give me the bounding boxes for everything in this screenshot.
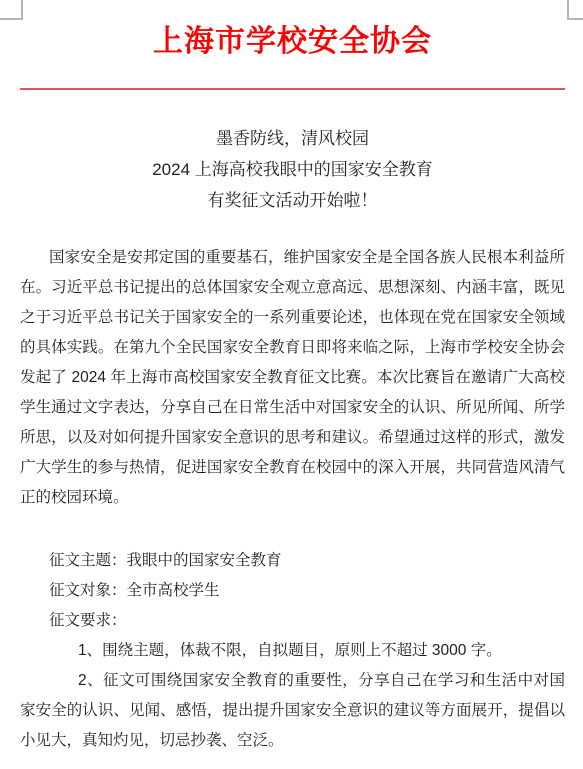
document-page: 上海市学校安全协会 墨香防线，清风校园 2024 上海高校我眼中的国家安全教育 … [0,0,583,769]
page-title: 上海市学校安全协会 [20,0,565,59]
essay-requirements-label: 征文要求： [20,606,565,636]
document-content: 上海市学校安全协会 墨香防线，清风校园 2024 上海高校我眼中的国家安全教育 … [0,0,583,756]
subtitle-line-1: 墨香防线，清风校园 [20,123,565,154]
intro-paragraph: 国家安全是安邦定国的重要基石，维护国家安全是全国各族人民根本利益所在。习近平总书… [20,243,565,513]
essay-audience-line: 征文对象：全市高校学生 [20,576,565,606]
subtitle-block: 墨香防线，清风校园 2024 上海高校我眼中的国家安全教育 有奖征文活动开始啦！ [20,123,565,216]
title-divider [20,88,565,90]
page-corner-mark-top-left [0,0,23,20]
requirement-item-1: 1、围绕主题，体裁不限，自拟题目，原则上不超过 3000 字。 [20,636,565,666]
essay-theme-line: 征文主题：我眼中的国家安全教育 [20,546,565,576]
essay-meta-block: 征文主题：我眼中的国家安全教育 征文对象：全市高校学生 征文要求： 1、围绕主题… [20,546,565,756]
subtitle-line-2: 2024 上海高校我眼中的国家安全教育 [20,154,565,185]
page-corner-mark-top-right [567,0,583,20]
document-body: 国家安全是安邦定国的重要基石，维护国家安全是全国各族人民根本利益所在。习近平总书… [20,243,565,756]
subtitle-line-3: 有奖征文活动开始啦！ [20,185,565,216]
requirement-item-2: 2、征文可围绕国家安全教育的重要性，分享自己在学习和生活中对国家安全的认识、见闻… [20,666,565,756]
